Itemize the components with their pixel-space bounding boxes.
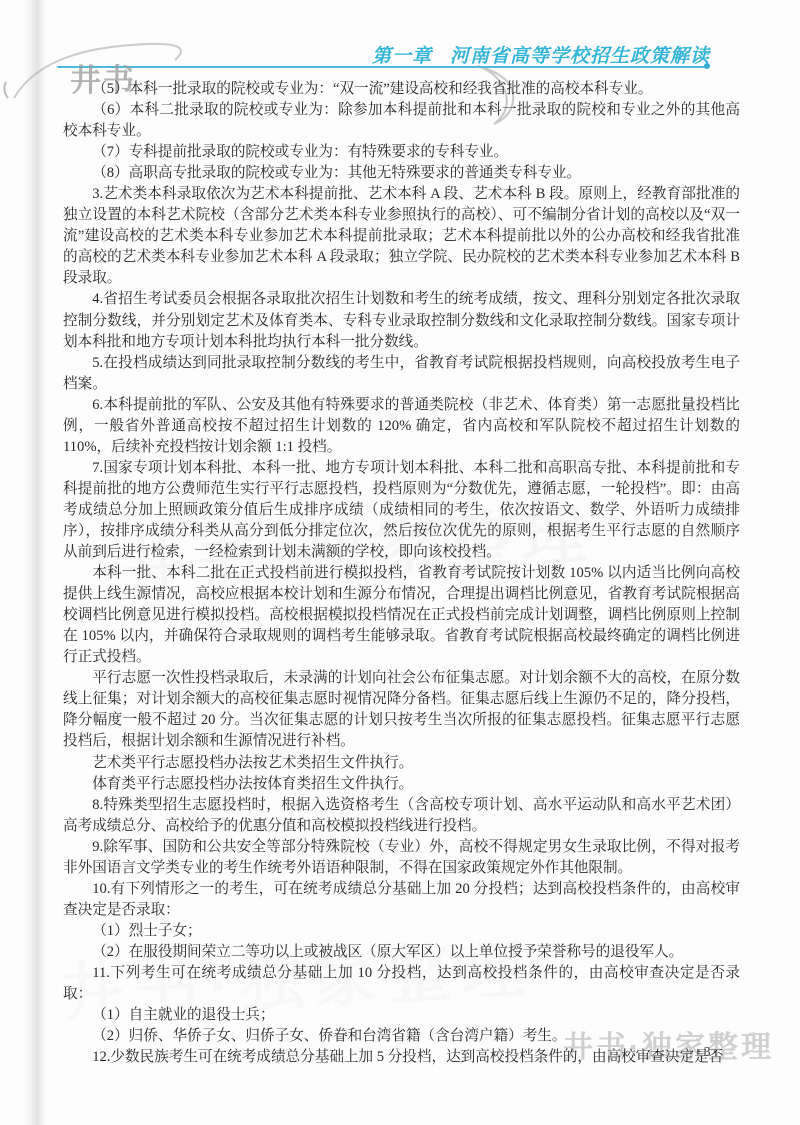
- paragraph: 4.省招生考试委员会根据各录取批次招生计划数和考生的统考成绩，按文、理科分别划定…: [63, 289, 740, 352]
- paragraph: 体育类平行志愿投档办法按体育类招生文件执行。: [63, 774, 740, 795]
- paragraph: （8）高职高专批录取的院校或专业为：其他无特殊要求的普通类专科专业。: [63, 163, 740, 184]
- paragraph: （1）烈士子女；: [63, 921, 740, 942]
- paragraph: 艺术类平行志愿投档办法按艺术类招生文件执行。: [63, 753, 740, 774]
- paragraph: 11.下列考生可在统考成绩总分基础上加 10 分投档，达到高校投档条件的，由高校…: [63, 963, 740, 1005]
- paragraph: 10.有下列情形之一的考生，可在统考成绩总分基础上加 20 分投档；达到高校投档…: [63, 879, 740, 921]
- header-divider-line: [57, 66, 706, 68]
- paragraph: 5.在投档成绩达到同批录取控制分数线的考生中，省教育考试院根据投档规则，向高校投…: [63, 353, 740, 395]
- chapter-number: 第一章: [372, 46, 432, 67]
- document-body: （5）本科一批录取的院校或专业为：“双一流”建设高校和经我省批准的高校本科专业。…: [63, 79, 740, 1068]
- paragraph: 12.少数民族考生可在统考成绩总分基础上加 5 分投档，达到高校投档条件的，由高…: [63, 1047, 740, 1068]
- paragraph: 6.本科提前批的军队、公安及其他有特殊要求的普通类院校（非艺术、体育类）第一志愿…: [63, 395, 740, 458]
- paragraph: 9.除军事、国防和公共安全等部分特殊院校（专业）外，高校不得规定男女生录取比例，…: [63, 837, 740, 879]
- paragraph: （1）自主就业的退役士兵；: [63, 1005, 740, 1026]
- chapter-header: 第一章河南省高等学校招生政策解读: [372, 41, 710, 68]
- header-divider-dot: [704, 63, 710, 69]
- page-spine-shadow: [24, 0, 46, 1125]
- paragraph: 8.特殊类型招生志愿投档时，根据入选资格考生（含高校专项计划、高水平运动队和高水…: [63, 795, 740, 837]
- paragraph: （2）在服役期间荣立二等功以上或被战区（原大军区）以上单位授予荣誉称号的退役军人…: [63, 942, 740, 963]
- paragraph: 7.国家专项计划本科批、本科一批、地方专项计划本科批、本科二批和高职高专批、本科…: [63, 458, 740, 563]
- paragraph: （5）本科一批录取的院校或专业为：“双一流”建设高校和经我省批准的高校本科专业。: [63, 79, 740, 100]
- paragraph: 本科一批、本科二批在正式投档前进行模拟投档，省教育考试院按计划数 105% 以内…: [63, 563, 740, 668]
- paragraph: 平行志愿一次性投档录取后，未录满的计划向社会公布征集志愿。对计划余额不大的高校，…: [63, 668, 740, 752]
- paragraph: （6）本科二批录取的院校或专业为：除参加本科提前批和本科一批录取的院校和专业之外…: [63, 100, 740, 142]
- paragraph: 3.艺术类本科录取依次为艺术本科提前批、艺术本科 A 段、艺术本科 B 段。原则…: [63, 184, 740, 289]
- paragraph: （2）归侨、华侨子女、归侨子女、侨眷和台湾省籍（含台湾户籍）考生。: [63, 1026, 740, 1047]
- paragraph: （7）专科提前批录取的院校或专业为：有特殊要求的专科专业。: [63, 142, 740, 163]
- page-number: ·3·: [697, 1045, 719, 1061]
- chapter-title: 河南省高等学校招生政策解读: [450, 46, 710, 67]
